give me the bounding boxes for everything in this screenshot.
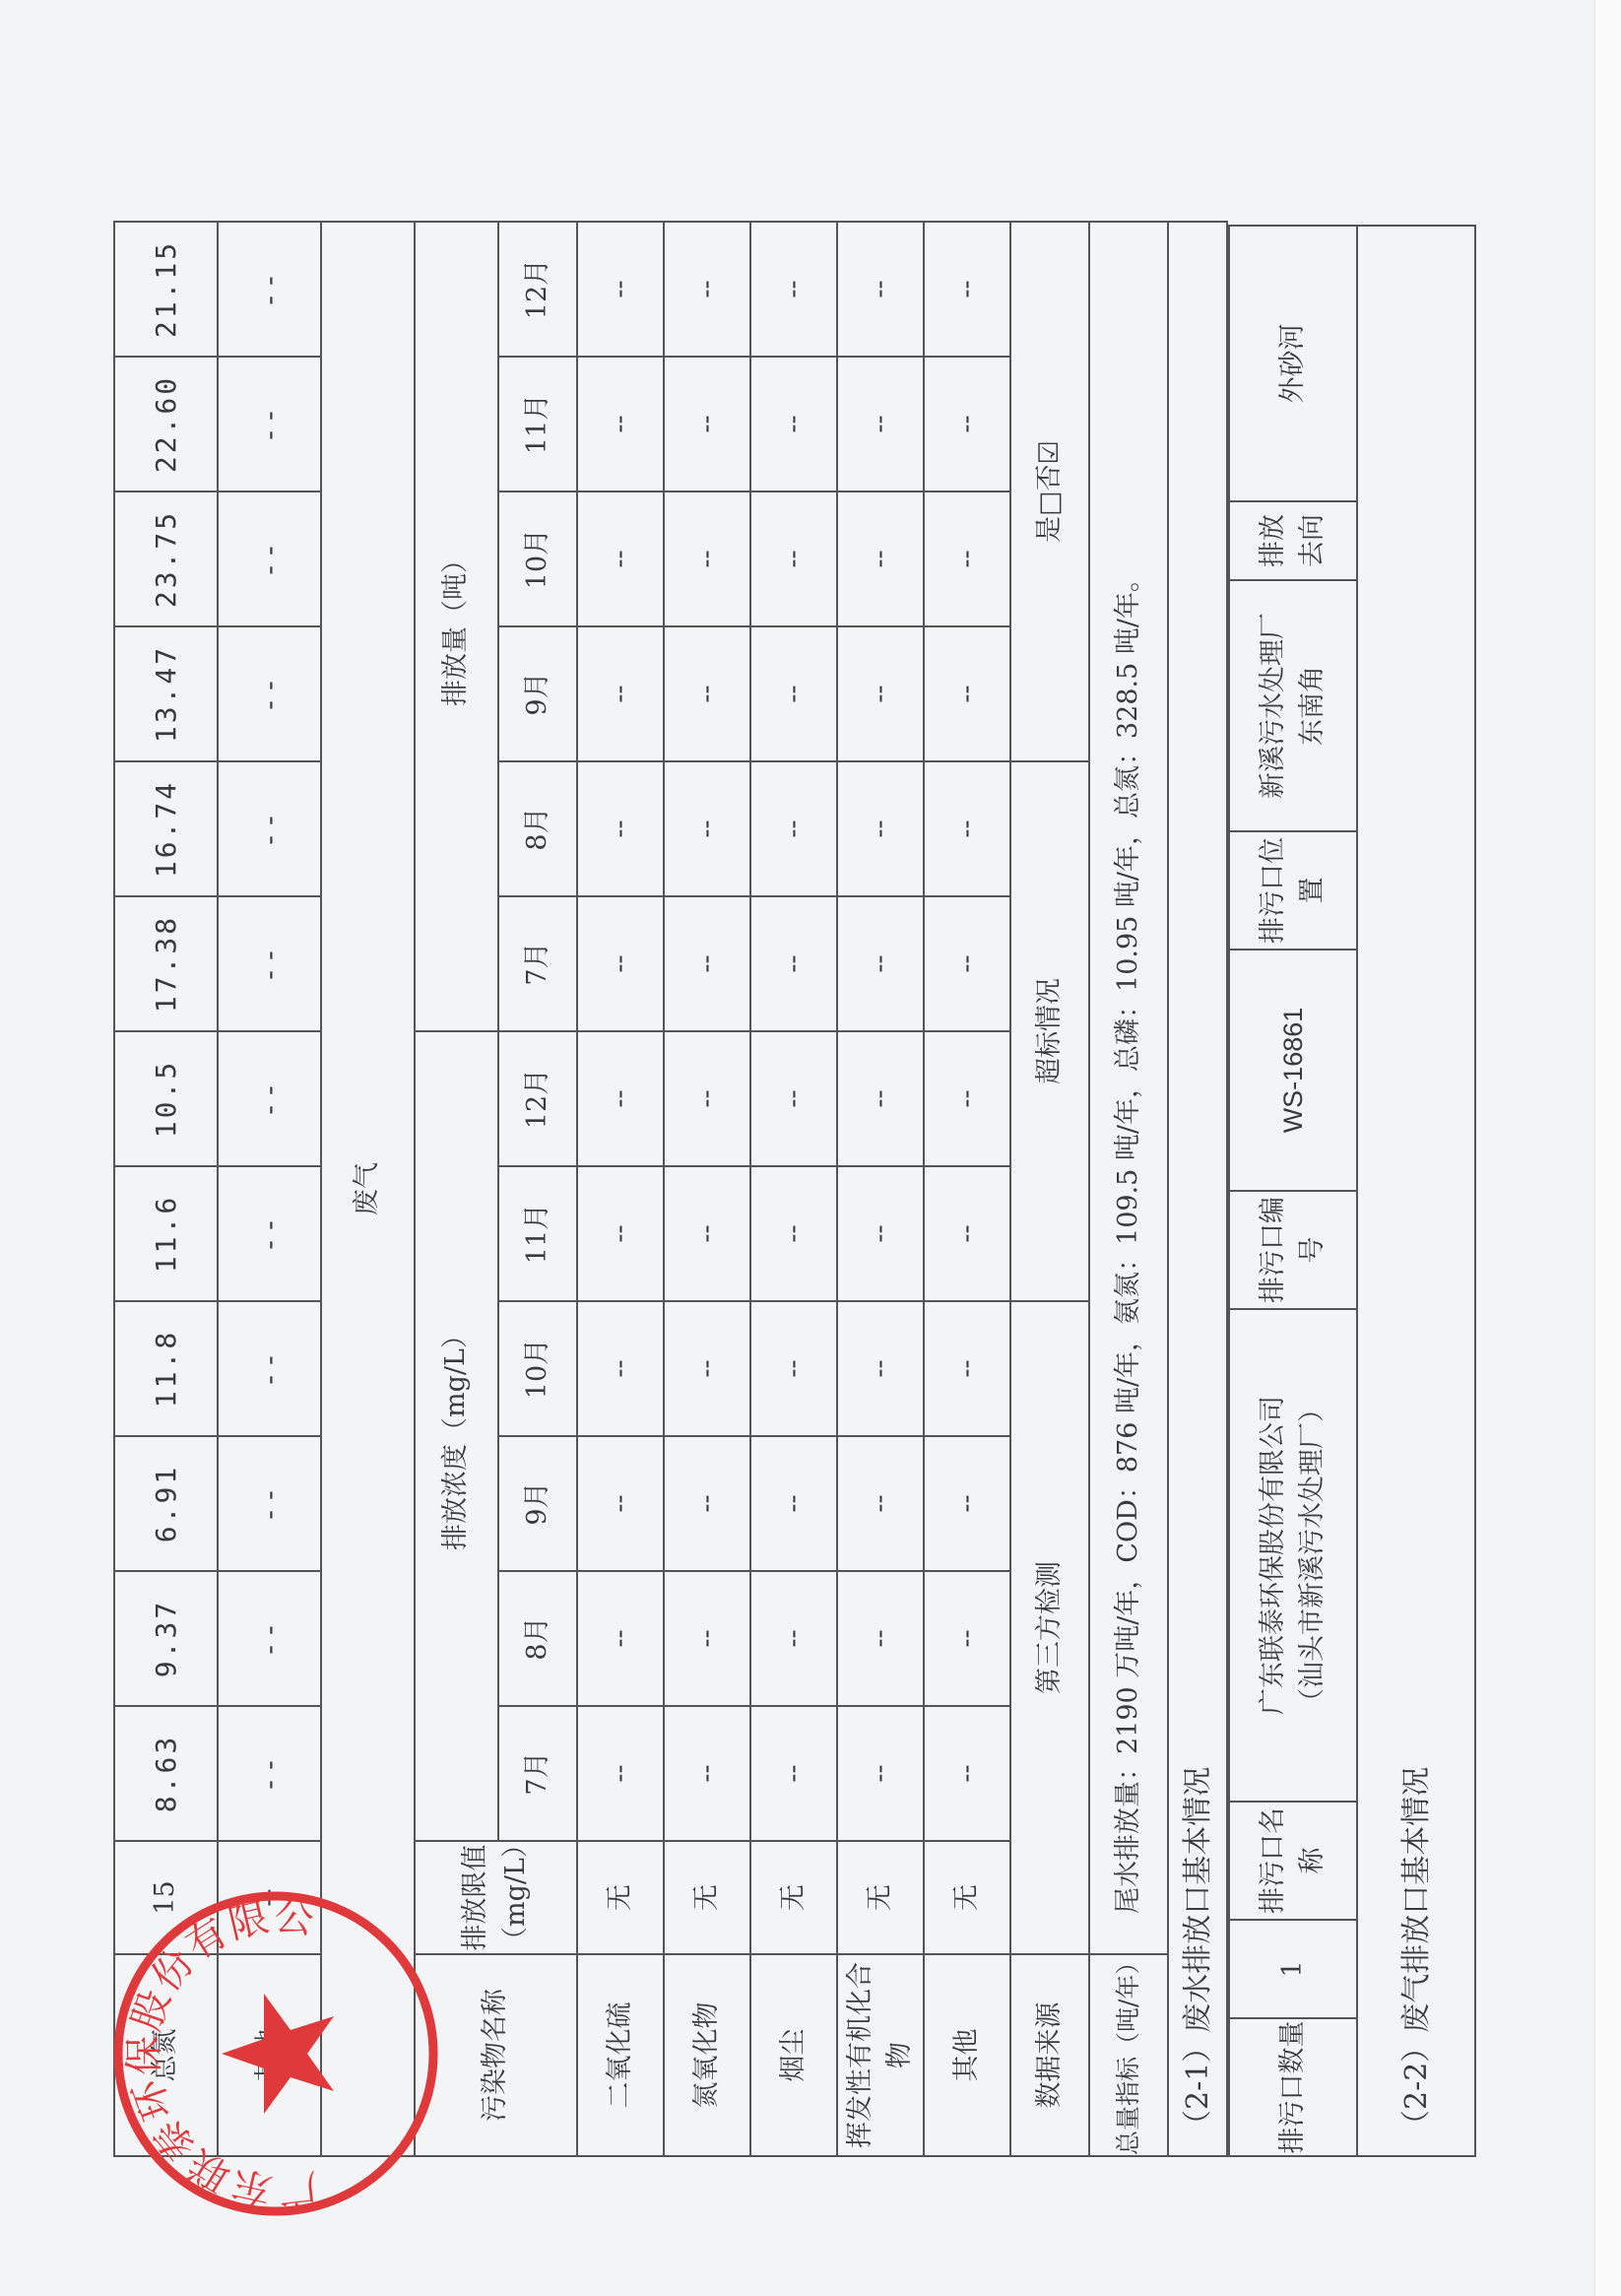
concentration-value: -- — [924, 1436, 1010, 1571]
month-header: 11月 — [498, 1166, 577, 1301]
exhaust-section-title: 废气 — [321, 222, 415, 2156]
month-header: 12月 — [498, 1031, 577, 1166]
exhaust-row: 其他无------------------------ — [924, 222, 1010, 2156]
amount-value: -- — [837, 492, 924, 626]
wastewater-outlet-table: 排污口数量 1 排污口名称 广东联泰环保股份有限公司（汕头市新溪污水处理厂） 排… — [1228, 225, 1476, 2157]
monthly-value: 10.5 — [114, 1031, 218, 1166]
concentration-value: -- — [837, 1436, 924, 1571]
monthly-value: -- — [218, 1706, 321, 1841]
monthly-value: -- — [218, 626, 321, 761]
pollutant-limit: 无 — [664, 1841, 750, 1954]
month-header: 10月 — [498, 1301, 577, 1436]
outlet-name-value: 广东联泰环保股份有限公司（汕头市新溪污水处理厂） — [1229, 1309, 1357, 1802]
monthly-value: 6.91 — [114, 1436, 218, 1571]
month-header: 9月 — [498, 1436, 577, 1571]
concentration-value: -- — [577, 1571, 664, 1706]
monthly-value: 8.63 — [114, 1706, 218, 1841]
amount-value: -- — [577, 357, 664, 492]
concentration-value: -- — [924, 1166, 1010, 1301]
concentration-value: -- — [750, 1571, 837, 1706]
month-header: 11月 — [498, 357, 577, 492]
month-header: 10月 — [498, 492, 577, 626]
monthly-value: -- — [218, 357, 321, 492]
wastewater-row: 其他-------------------------- — [218, 222, 321, 2156]
pollutant-name: 挥发性有机化合物 — [837, 1954, 924, 2156]
outlet-name-label: 排污口名称 — [1229, 1802, 1357, 1920]
amount-value: -- — [837, 896, 924, 1031]
limit-label: 排放限值 — [460, 1845, 490, 1951]
concentration-value: -- — [750, 1436, 837, 1571]
monthly-value: -- — [218, 1571, 321, 1706]
monthly-value: 11.8 — [114, 1301, 218, 1436]
concentration-value: -- — [664, 1301, 750, 1436]
amount-value: -- — [577, 222, 664, 357]
totals-value: 尾水排放量：2190 万吨/年，COD：876 吨/年，氨氮：109.5 吨/年… — [1089, 222, 1168, 1954]
amount-value: -- — [577, 896, 664, 1031]
monthly-value: -- — [218, 896, 321, 1031]
emission-table: 总氮158.639.376.9111.811.610.517.3816.7413… — [113, 221, 1228, 2157]
amount-value: -- — [924, 896, 1010, 1031]
amount-value: -- — [837, 626, 924, 761]
monthly-value: 21.15 — [114, 222, 218, 357]
amount-value: -- — [924, 761, 1010, 896]
month-header: 8月 — [498, 1571, 577, 1706]
amount-value: -- — [664, 492, 750, 626]
monthly-value: -- — [218, 761, 321, 896]
concentration-value: -- — [837, 1571, 924, 1706]
amount-header: 排放量（吨） — [415, 222, 498, 1031]
pollutant-name: 烟尘 — [750, 1954, 837, 2156]
exhaust-row: 二氧化硫无------------------------ — [577, 222, 664, 2156]
monthly-value: -- — [218, 1166, 321, 1301]
document-sheet: 总氮158.639.376.9111.811.610.517.3816.7413… — [113, 227, 1443, 2157]
wastewater-monthly-body: 总氮158.639.376.9111.811.610.517.3816.7413… — [114, 222, 321, 2156]
month-header: 8月 — [498, 761, 577, 896]
outlet-location-value: 新溪污水处理厂东南角 — [1229, 580, 1357, 831]
pollutant-limit: 无 — [837, 1841, 924, 1954]
month-header: 12月 — [498, 222, 577, 357]
amount-value: -- — [664, 896, 750, 1031]
outlet-name-line2: （汕头市新溪污水处理厂） — [1297, 1396, 1328, 1715]
concentration-value: -- — [837, 1166, 924, 1301]
paper-edge — [1594, 0, 1621, 2296]
month-header: 7月 — [498, 896, 577, 1031]
outlet-location-line1: 新溪污水处理厂 — [1258, 613, 1288, 799]
concentration-value: -- — [924, 1571, 1010, 1706]
concentration-value: -- — [577, 1301, 664, 1436]
company-seal-icon: 广东联泰环保股份有限公司 — [103, 1881, 448, 2226]
outlet-direction-label: 排放去向 — [1229, 501, 1357, 580]
monthly-value: -- — [218, 1031, 321, 1166]
concentration-value: -- — [577, 1166, 664, 1301]
concentration-value: -- — [750, 1031, 837, 1166]
concentration-value: -- — [577, 1706, 664, 1841]
concentration-value: -- — [750, 1301, 837, 1436]
amount-value: -- — [924, 626, 1010, 761]
amount-value: -- — [924, 222, 1010, 357]
exhaust-row: 烟尘无------------------------ — [750, 222, 837, 2156]
concentration-value: -- — [924, 1706, 1010, 1841]
amount-value: -- — [837, 357, 924, 492]
outlet-location-line2: 东南角 — [1297, 666, 1328, 746]
monthly-value: -- — [218, 222, 321, 357]
totals-label: 总量指标（吨/年） — [1089, 1954, 1168, 2156]
pollutant-limit: 无 — [924, 1841, 1010, 1954]
monthly-value: 17.38 — [114, 896, 218, 1031]
pollutant-name: 二氧化硫 — [577, 1954, 664, 2156]
exhaust-row: 挥发性有机化合物无------------------------ — [837, 222, 924, 2156]
outlet-location-label: 排污口位置 — [1229, 831, 1357, 950]
concentration-value: -- — [664, 1706, 750, 1841]
amount-value: -- — [837, 222, 924, 357]
monthly-value: -- — [218, 1301, 321, 1436]
outlet-direction-value: 外砂河 — [1229, 226, 1357, 501]
concentration-value: -- — [924, 1031, 1010, 1166]
concentration-value: -- — [664, 1436, 750, 1571]
amount-value: -- — [664, 222, 750, 357]
monthly-value: 16.74 — [114, 761, 218, 896]
amount-value: -- — [664, 357, 750, 492]
limit-unit: （mg/L） — [500, 1831, 531, 1953]
exhaust-rows: 二氧化硫无------------------------氮氧化物无------… — [577, 222, 1010, 2156]
concentration-value: -- — [750, 1706, 837, 1841]
pollutant-limit: 无 — [750, 1841, 837, 1954]
pollutant-limit: 无 — [577, 1841, 664, 1954]
amount-value: -- — [577, 761, 664, 896]
concentration-value: -- — [750, 1166, 837, 1301]
concentration-value: -- — [837, 1031, 924, 1166]
amount-value: -- — [664, 761, 750, 896]
data-source-label: 数据来源 — [1010, 1954, 1089, 2156]
amount-value: -- — [837, 761, 924, 896]
outlet-code-value: WS-16861 — [1229, 950, 1357, 1191]
concentration-value: -- — [837, 1301, 924, 1436]
amount-value: -- — [750, 761, 837, 896]
concentration-value: -- — [664, 1571, 750, 1706]
concentration-value: -- — [924, 1301, 1010, 1436]
monthly-value: 23.75 — [114, 492, 218, 626]
month-header: 7月 — [498, 1706, 577, 1841]
summary-body: 数据来源 第三方检测 超标情况 是□否☑ 总量指标（吨/年） 尾水排放量：219… — [1010, 222, 1227, 2156]
monthly-value: 13.47 — [114, 626, 218, 761]
exhaust-outlet-title: （2-2）废气排放口基本情况 — [1357, 226, 1475, 2156]
pollutant-name: 氮氧化物 — [664, 1954, 750, 2156]
wastewater-outlet-title: （2-1）废水排放口基本情况 — [1168, 222, 1227, 2156]
amount-value: -- — [924, 357, 1010, 492]
monthly-value: 22.60 — [114, 357, 218, 492]
monthly-value: -- — [218, 492, 321, 626]
amount-value: -- — [750, 222, 837, 357]
amount-value: -- — [924, 492, 1010, 626]
amount-value: -- — [750, 626, 837, 761]
concentration-value: -- — [577, 1436, 664, 1571]
exhaust-body: 废气 污染物名称 排放限值（mg/L） 排放浓度（mg/L） 排放量（吨） 7月… — [321, 222, 577, 2156]
concentration-value: -- — [577, 1031, 664, 1166]
monthly-value: -- — [218, 1436, 321, 1571]
outlet-code-label: 排污口编号 — [1229, 1191, 1357, 1309]
exceed-value: 是□否☑ — [1010, 222, 1089, 761]
concentration-header: 排放浓度（mg/L） — [415, 1031, 498, 1841]
monthly-value: 11.6 — [114, 1166, 218, 1301]
monthly-value: 9.37 — [114, 1571, 218, 1706]
data-source-value: 第三方检测 — [1010, 1301, 1089, 1954]
exhaust-row: 氮氧化物无------------------------ — [664, 222, 750, 2156]
amount-value: -- — [577, 626, 664, 761]
concentration-value: -- — [837, 1706, 924, 1841]
month-header: 9月 — [498, 626, 577, 761]
pollutant-name: 其他 — [924, 1954, 1010, 2156]
amount-value: -- — [750, 492, 837, 626]
amount-value: -- — [750, 357, 837, 492]
concentration-value: -- — [664, 1031, 750, 1166]
amount-value: -- — [750, 896, 837, 1031]
amount-value: -- — [577, 492, 664, 626]
concentration-value: -- — [664, 1166, 750, 1301]
exceed-label: 超标情况 — [1010, 761, 1089, 1301]
outlet-count-value: 1 — [1229, 1920, 1357, 2018]
outlet-count-label: 排污口数量 — [1229, 2018, 1357, 2156]
outlet-name-line1: 广东联泰环保股份有限公司 — [1258, 1396, 1288, 1715]
wastewater-row: 总氮158.639.376.9111.811.610.517.3816.7413… — [114, 222, 218, 2156]
amount-value: -- — [664, 626, 750, 761]
